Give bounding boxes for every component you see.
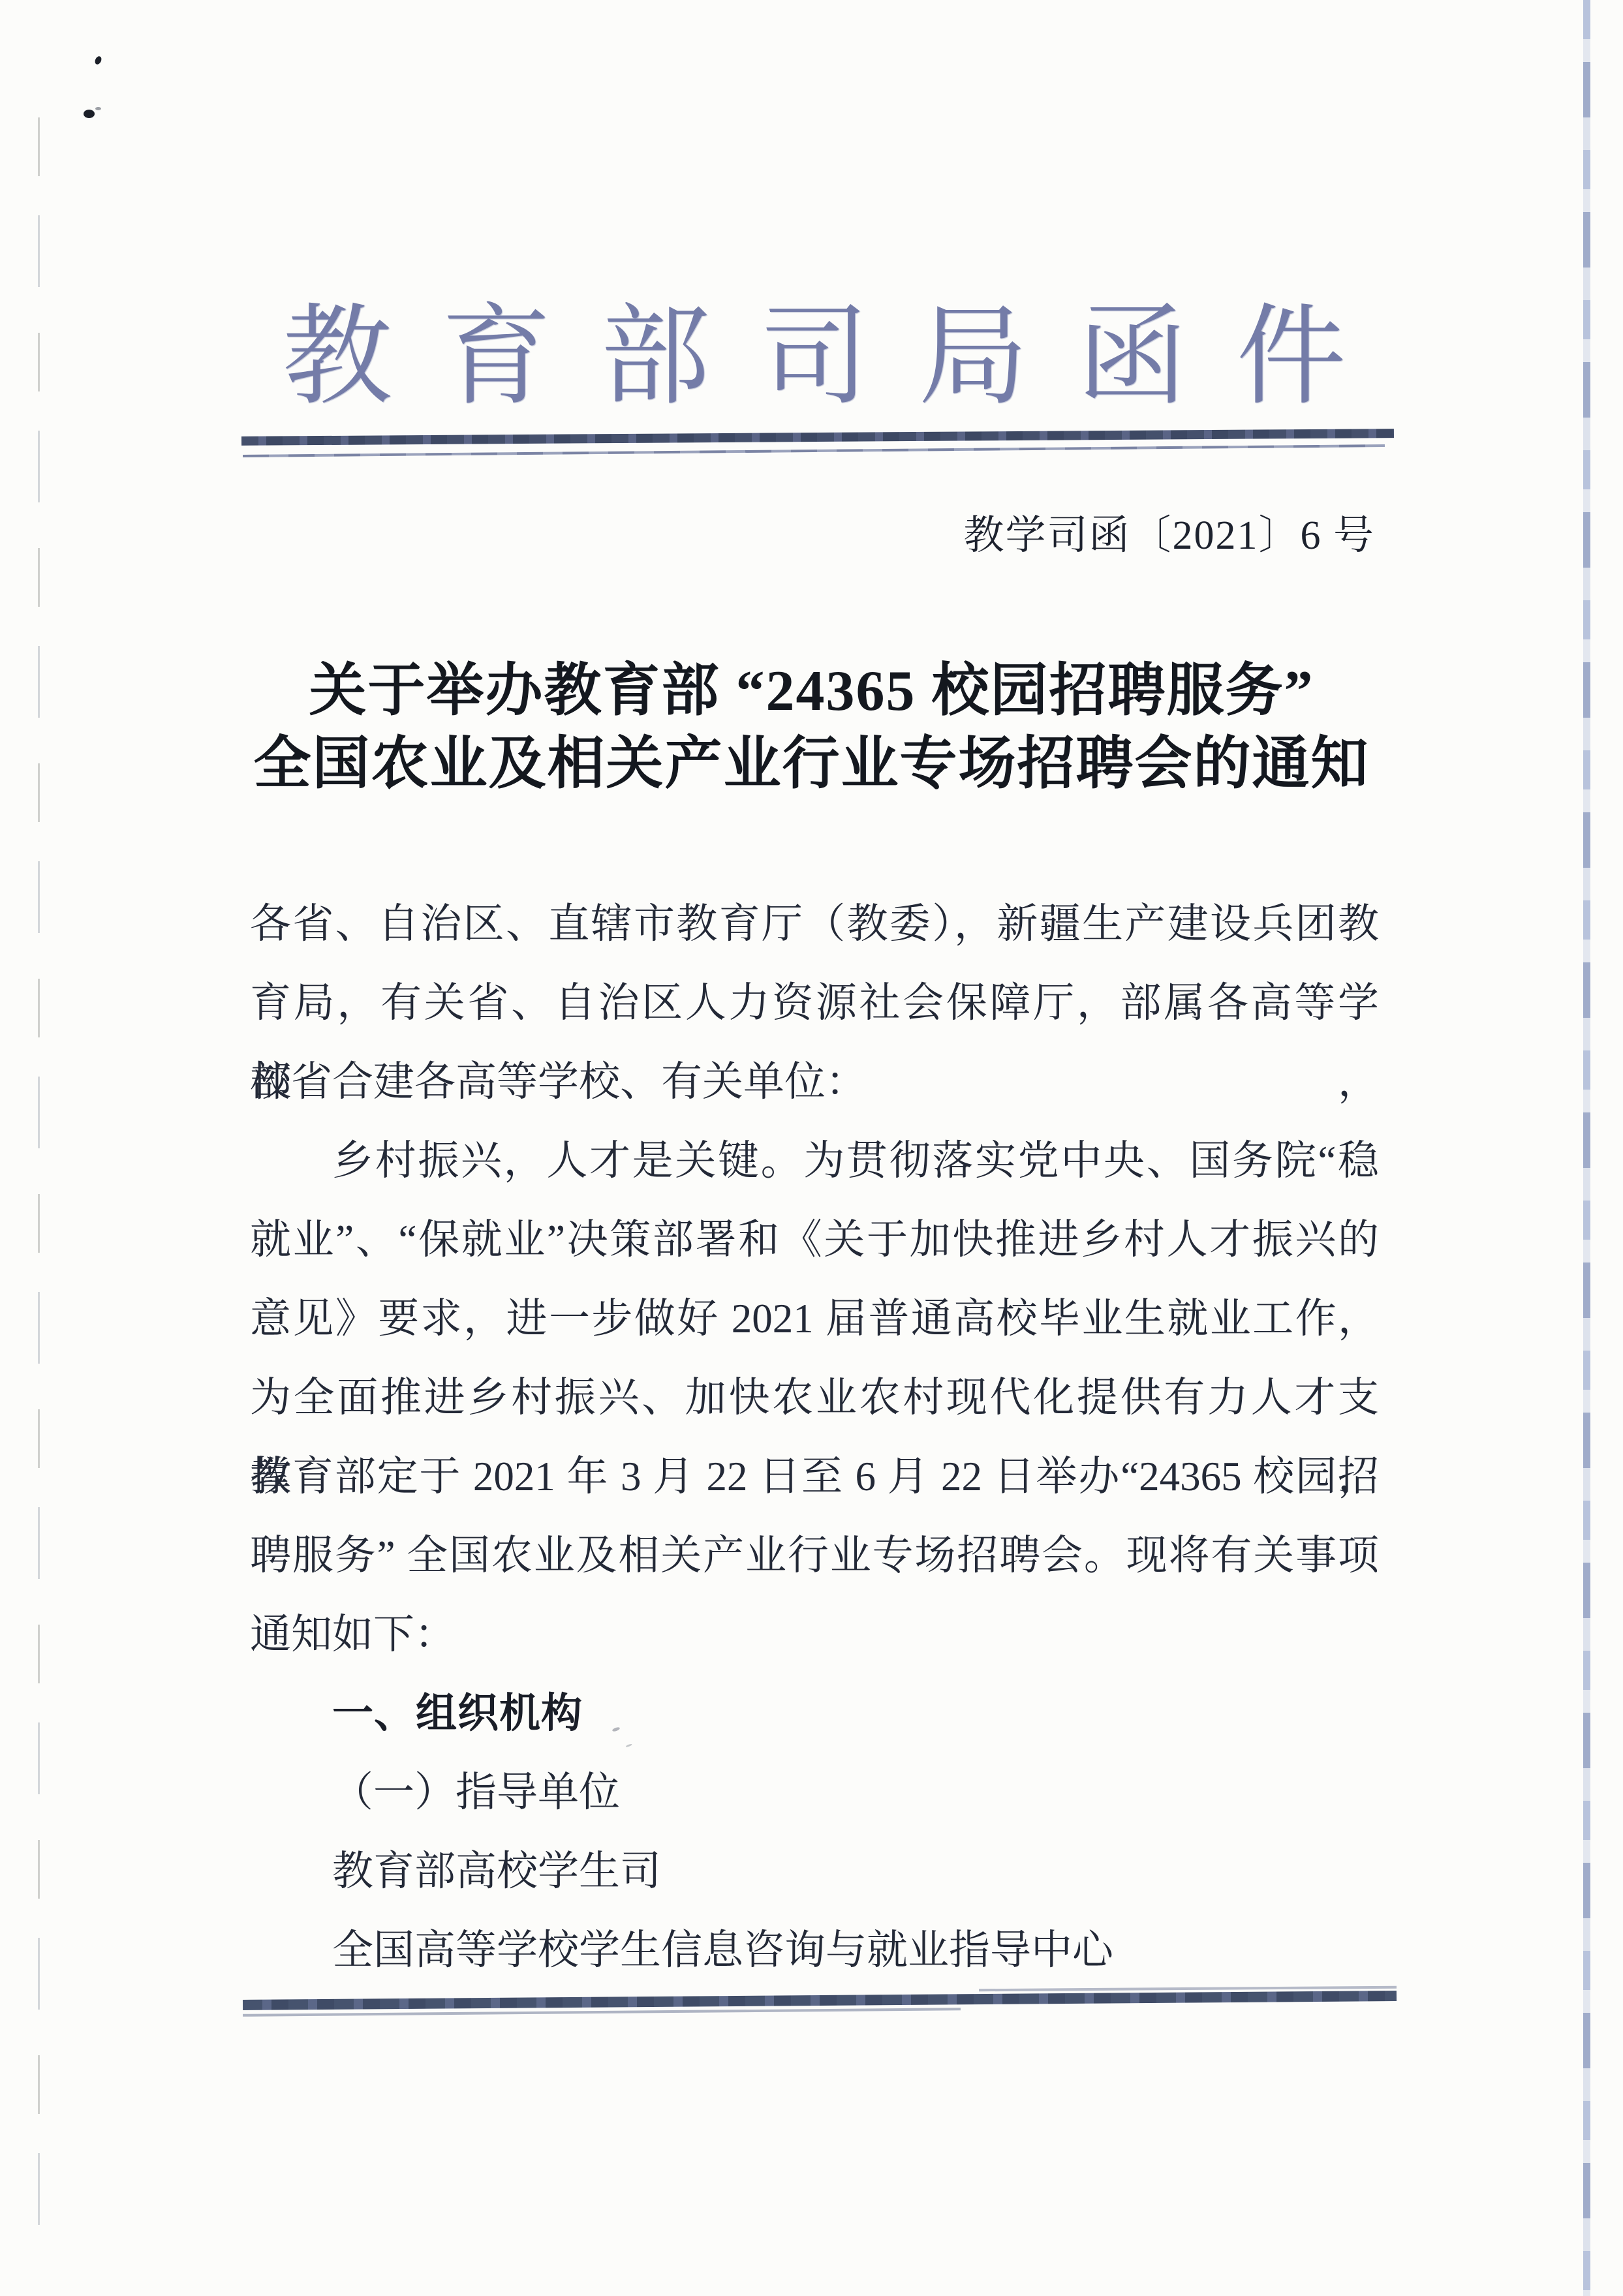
body-line: 聘服务” 全国农业及相关产业行业专场招聘会。现将有关事项: [250, 1516, 1379, 1595]
notice-title-line2: 全国农业及相关产业行业专场招聘会的通知: [0, 728, 1623, 801]
body-line: 为全面推进乡村振兴、加快农业农村现代化提供有力人才支撑，: [250, 1358, 1379, 1437]
section-heading: 一、组织机构: [250, 1674, 1379, 1753]
body-line: 教育部定于 2021 年 3 月 22 日至 6 月 22 日举办“24365 …: [250, 1437, 1379, 1516]
body-line: 意见》要求，进一步做好 2021 届普通高校毕业生就业工作，: [250, 1279, 1379, 1358]
letterhead-rule-thick: [241, 429, 1394, 446]
notice-body: 各省、自治区、直辖市教育厅（教委），新疆生产建设兵团教 育局，有关省、自治区人力…: [250, 885, 1379, 1990]
letterhead-title: 教育部司局函件: [0, 292, 1623, 424]
scan-speck: [94, 55, 103, 66]
footer-rule: [243, 1991, 1397, 2010]
letterhead-rule-thin: [243, 444, 1385, 457]
body-line: 通知如下：: [250, 1595, 1379, 1674]
notice-title-line1: 关于举办教育部 “24365 校园招聘服务”: [0, 655, 1623, 728]
body-line: 就业”、“保就业”决策部署和《关于加快推进乡村人才振兴的: [250, 1201, 1379, 1279]
document-number: 教学司函〔2021〕6 号: [963, 502, 1375, 560]
body-line: 教育部高校学生司: [250, 1832, 1379, 1911]
body-line: 全国高等学校学生信息咨询与就业指导中心: [250, 1911, 1379, 1990]
body-line: 乡村振兴，人才是关键。为贯彻落实党中央、国务院“稳: [250, 1122, 1379, 1201]
subsection-heading: （一）指导单位: [250, 1753, 1379, 1832]
scanned-document-page: 教育部司局函件 教学司函〔2021〕6 号 关于举办教育部 “24365 校园招…: [0, 0, 1623, 2296]
scan-speck: [84, 110, 95, 118]
notice-title: 关于举办教育部 “24365 校园招聘服务” 全国农业及相关产业行业专场招聘会的…: [0, 655, 1623, 801]
body-line: 育局，有关省、自治区人力资源社会保障厅，部属各高等学校，: [250, 964, 1379, 1043]
body-line: 各省、自治区、直辖市教育厅（教委），新疆生产建设兵团教: [250, 885, 1379, 964]
scan-fold-line: [38, 117, 40, 2264]
